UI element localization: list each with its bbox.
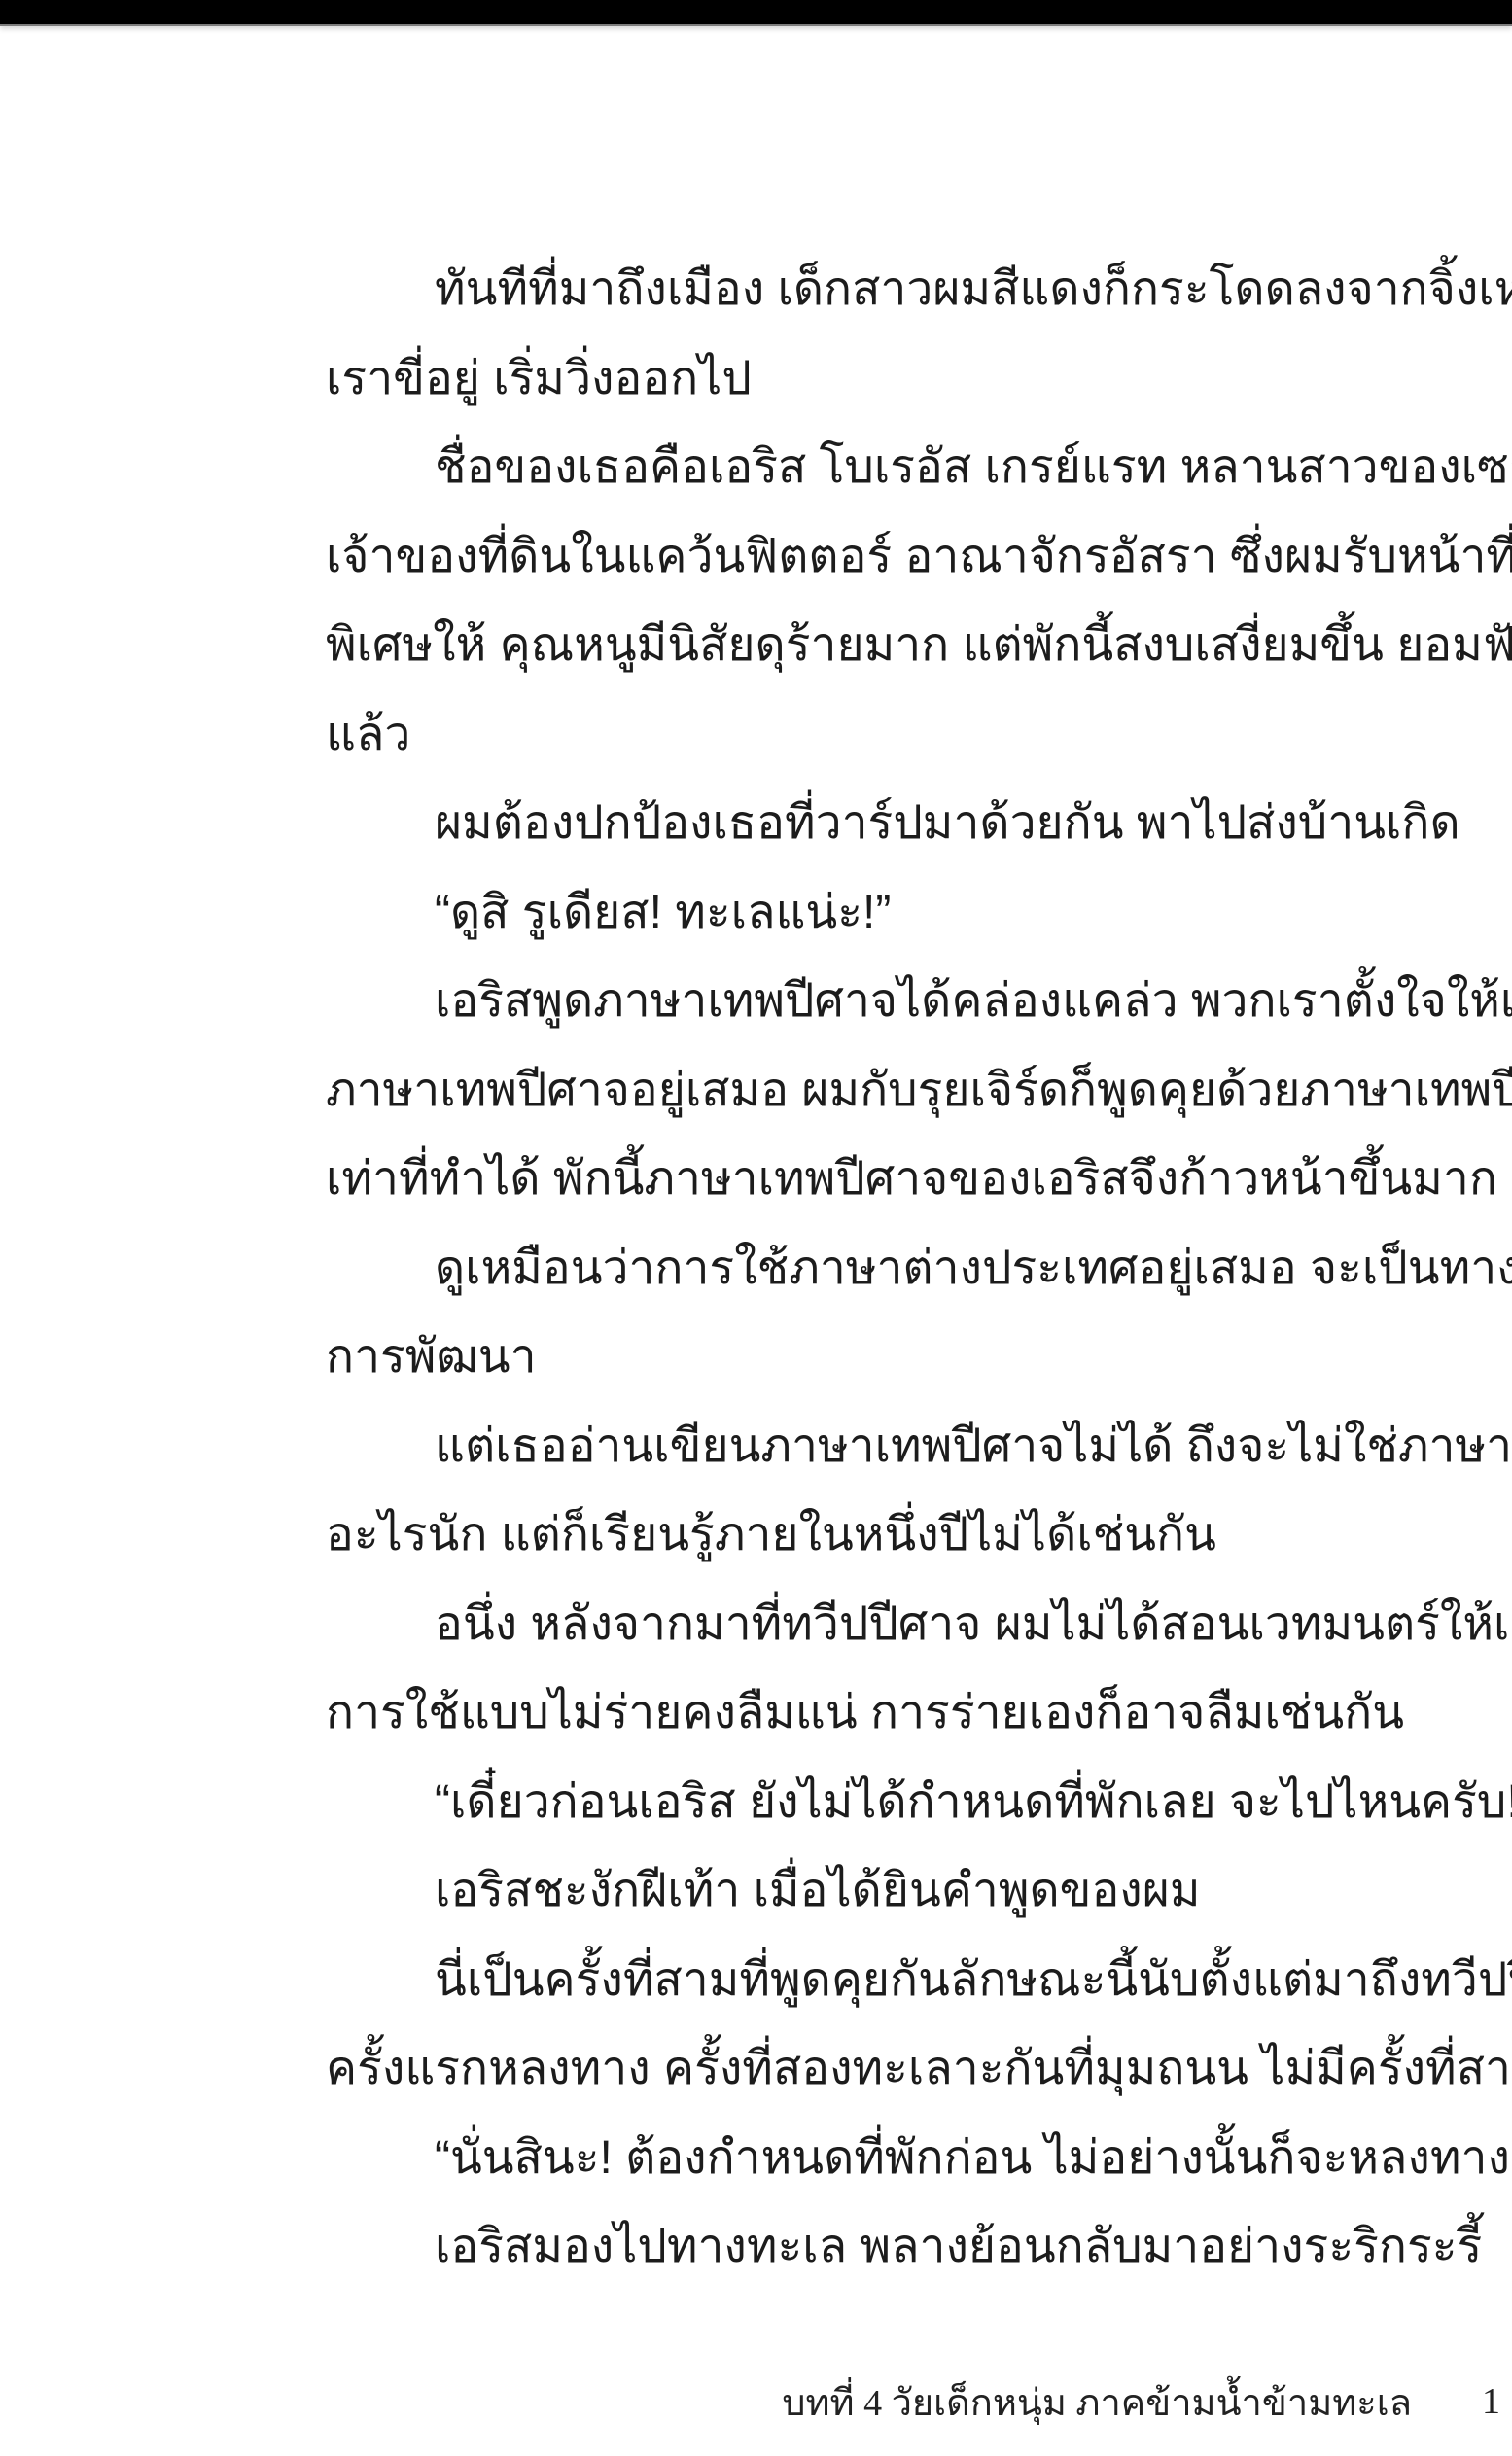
top-black-bar [0,0,1512,26]
body-line: เอริสพูดภาษาเทพปีศาจได้คล่องแคล่ว พวกเรา… [326,957,1512,1046]
footer-page-number: 1 [1482,2380,1500,2423]
body-line: การใช้แบบไม่ร่ายคงลืมแน่ การร่ายเองก็อาจ… [326,1668,1512,1758]
book-page-text: ทันทีที่มาถึงเมือง เด็กสาวผมสีแดงก็กระโด… [326,245,1512,2292]
body-line: ครั้งแรกหลงทาง ครั้งที่สองทะเลาะกันที่มุ… [326,2024,1512,2114]
body-line: ทันทีที่มาถึงเมือง เด็กสาวผมสีแดงก็กระโด… [326,245,1512,334]
body-line: อะไรนัก แต่ก็เรียนรู้ภายในหนึ่งปีไม่ได้เ… [326,1491,1512,1580]
body-line: นี่เป็นครั้งที่สามที่พูดคุยกันลักษณะนี้น… [326,1936,1512,2025]
body-line: เราขี่อยู่ เริ่มวิ่งออกไป [326,334,1512,424]
body-line: “ดูสิ รูเดียส! ทะเลแน่ะ!” [326,868,1512,958]
body-line: การพัฒนา [326,1313,1512,1402]
body-line: อนึ่ง หลังจากมาที่ทวีปปีศาจ ผมไม่ได้สอนเ… [326,1580,1512,1669]
body-line: “นั่นสินะ! ต้องกำหนดที่พักก่อน ไม่อย่างน… [326,2114,1512,2203]
body-line: ชื่อของเธอคือเอริส โบเรอัส เกรย์แรท หลาน… [326,423,1512,512]
body-line: แต่เธออ่านเขียนภาษาเทพปีศาจไม่ได้ ถึงจะไ… [326,1402,1512,1491]
footer-chapter-title: บทที่ 4 วัยเด็กหนุ่ม ภาคข้ามน้ำข้ามทะเล [782,2372,1412,2432]
body-line: พิเศษให้ คุณหนูมีนิสัยดุร้ายมาก แต่พักนี… [326,601,1512,690]
body-line: เอริสชะงักฝีเท้า เมื่อได้ยินคำพูดของผม [326,1846,1512,1936]
body-line: “เดี๋ยวก่อนเอริส ยังไม่ได้กำหนดที่พักเลย… [326,1758,1512,1847]
body-line: ผมต้องปกป้องเธอที่วาร์ปมาด้วยกัน พาไปส่ง… [326,779,1512,868]
body-line: ดูเหมือนว่าการใช้ภาษาต่างประเทศอยู่เสมอ … [326,1224,1512,1314]
reader-screen: ทันทีที่มาถึงเมือง เด็กสาวผมสีแดงก็กระโด… [0,0,1512,2456]
body-line: เท่าที่ทำได้ พักนี้ภาษาเทพปีศาจของเอริสจ… [326,1135,1512,1224]
body-line: เอริสมองไปทางทะเล พลางย้อนกลับมาอย่างระร… [326,2202,1512,2292]
body-line: แล้ว [326,690,1512,780]
page-footer: บทที่ 4 วัยเด็กหนุ่ม ภาคข้ามน้ำข้ามทะเล … [0,2372,1512,2431]
body-line: ภาษาเทพปีศาจอยู่เสมอ ผมกับรุยเจิร์ดก็พูด… [326,1046,1512,1136]
body-line: เจ้าของที่ดินในแคว้นฟิตตอร์ อาณาจักรอัสร… [326,512,1512,602]
